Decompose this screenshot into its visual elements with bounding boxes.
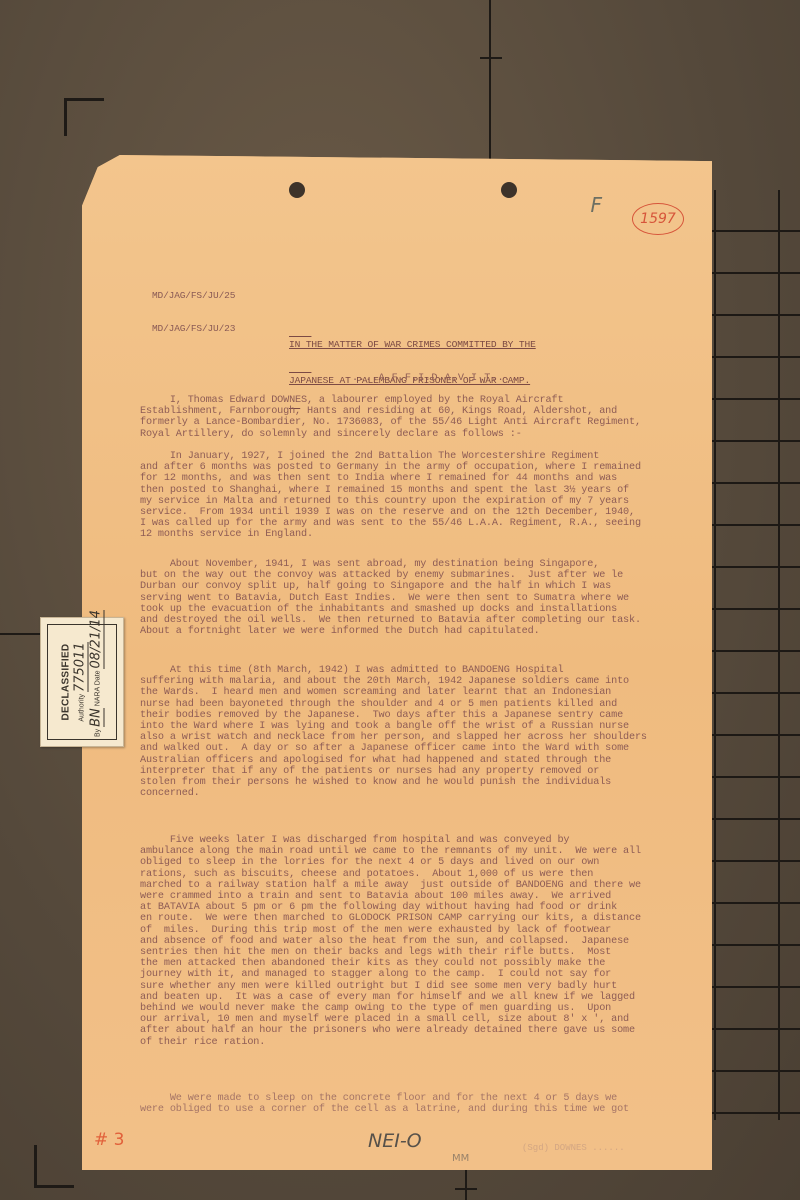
- text-line: I was called up for the army and was sen…: [140, 518, 641, 529]
- text-line: 12 months service in England.: [140, 529, 641, 540]
- text-line: obliged to sleep in the lorries for the …: [140, 857, 641, 868]
- text-line: Durban our convoy split up, half going t…: [140, 581, 641, 592]
- text-line: and beaten up. It was a case of every ma…: [140, 992, 641, 1003]
- text-line: interpreter that if any of the patients …: [140, 766, 647, 777]
- paragraph-service-history: In January, 1927, I joined the 2nd Batta…: [140, 451, 641, 541]
- text-line: after about half an hour the prisoners w…: [140, 1025, 641, 1036]
- text-line: the men attacked then abandoned their ki…: [140, 958, 641, 969]
- text-line: concerned.: [140, 788, 647, 799]
- left-guide-tick: [0, 633, 40, 635]
- handwritten-file-code: NEI-O: [368, 1130, 422, 1152]
- text-line: but on the way out the convoy was attack…: [140, 570, 641, 581]
- text-line: our arrival, 10 men and myself were plac…: [140, 1014, 641, 1025]
- guide-tick: [480, 57, 502, 59]
- paragraph-cell: We were made to sleep on the concrete fl…: [140, 1093, 629, 1115]
- text-line: took up the evacuation of the inhabitant…: [140, 604, 641, 615]
- text-line: suffering with malaria, and about the 20…: [140, 676, 647, 687]
- text-line: About November, 1941, I was sent abroad,…: [140, 559, 641, 570]
- background-grid-line: [714, 190, 716, 1120]
- faded-signature-line: (Sgd) DOWNES ......: [522, 1143, 625, 1153]
- text-line: then posted to Shanghai, where I remaine…: [140, 485, 641, 496]
- text-line: were obliged to use a corner of the cell…: [140, 1104, 629, 1115]
- declassified-stamp: DECLASSIFIED Authority 775011 By BN NARA…: [40, 617, 124, 747]
- stamp-by-label: By: [95, 729, 102, 737]
- text-line: rations, such as biscuits, cheese and po…: [140, 869, 641, 880]
- stamp-authority-row: Authority 775011: [73, 627, 88, 737]
- text-line: and destroyed the oil wells. We then ret…: [140, 615, 641, 626]
- text-line: the Wards. I heard men and women screami…: [140, 687, 647, 698]
- text-line: ambulance along the main road until we c…: [140, 846, 641, 857]
- handwritten-initials: MM: [452, 1153, 469, 1164]
- text-line: into the Ward where I was lying and took…: [140, 721, 647, 732]
- punch-hole: [289, 182, 305, 198]
- registration-corner-mark: [34, 1185, 74, 1188]
- paragraph-march: Five weeks later I was discharged from h…: [140, 835, 641, 1048]
- text-line: formerly a Lance-Bombardier, No. 1736083…: [140, 417, 641, 428]
- text-line: and after 6 months was posted to Germany…: [140, 462, 641, 473]
- stamp-authority-label: Authority: [79, 694, 86, 722]
- background-grid: [712, 190, 800, 1120]
- registration-corner-mark: [34, 1145, 37, 1187]
- text-line: At this time (8th March, 1942) I was adm…: [140, 665, 647, 676]
- reference-code: MD/JAG/FS/JU/25: [152, 290, 235, 301]
- text-line: I, Thomas Edward DOWNES, a labourer empl…: [140, 395, 641, 406]
- stamp-title: DECLASSIFIED: [61, 627, 72, 737]
- text-line: at BATAVIA about 5 pm or 6 pm the follow…: [140, 902, 641, 913]
- paragraph-hospital: At this time (8th March, 1942) I was adm…: [140, 665, 647, 799]
- center-guide-line: [489, 0, 491, 160]
- text-line: sentries then hit the men on their backs…: [140, 947, 641, 958]
- text-line: Establishment, Farnborough, Hants and re…: [140, 406, 641, 417]
- handwritten-f-mark: F: [590, 193, 602, 217]
- text-line: of their rice ration.: [140, 1037, 641, 1048]
- text-line: behind we would never make the camp owin…: [140, 1003, 641, 1014]
- punch-hole: [501, 182, 517, 198]
- center-guide-line: [465, 1168, 467, 1200]
- text-line: marched to a railway station half a mile…: [140, 880, 641, 891]
- background-grid-line: [778, 190, 780, 1120]
- text-line: stolen from their persons he wished to k…: [140, 777, 647, 788]
- paragraph-declaration: I, Thomas Edward DOWNES, a labourer empl…: [140, 395, 641, 440]
- circled-document-number: 1597: [632, 203, 684, 235]
- text-line: my service in Malta and returned to this…: [140, 496, 641, 507]
- stamp-authority-value: 775011: [73, 642, 89, 692]
- text-line: and walked out. A day or so after a Japa…: [140, 743, 647, 754]
- text-line: their bodies removed by the Japanese. Tw…: [140, 710, 647, 721]
- text-line: serving went to Batavia, Dutch East Indi…: [140, 593, 641, 604]
- reference-codes: MD/JAG/FS/JU/25 MD/JAG/FS/JU/23: [152, 268, 235, 356]
- text-line: nurse had been bayoneted through the sho…: [140, 699, 647, 710]
- text-line: Australian officers and apologised for w…: [140, 755, 647, 766]
- stamp-border: DECLASSIFIED Authority 775011 By BN NARA…: [47, 624, 117, 740]
- affidavit-title: ....A.F.F.I.D.A.V.I.T....: [352, 373, 517, 384]
- text-line: for 12 months, and was then sent to Indi…: [140, 473, 641, 484]
- text-line: were crammed into a train and sent to Ba…: [140, 891, 641, 902]
- text-line: journey with it, and managed to stagger …: [140, 969, 641, 980]
- stamp-date-value: 08/21/14: [89, 610, 105, 668]
- heading-line: IN THE MATTER OF WAR CRIMES COMMITTED BY…: [289, 339, 536, 351]
- reference-code: MD/JAG/FS/JU/23: [152, 323, 235, 334]
- text-line: Royal Artillery, do solemnly and sincere…: [140, 429, 641, 440]
- text-line: In January, 1927, I joined the 2nd Batta…: [140, 451, 641, 462]
- text-line: of miles. During this trip most of the m…: [140, 925, 641, 936]
- paragraph-voyage: About November, 1941, I was sent abroad,…: [140, 559, 641, 637]
- text-line: sure whether any men were killed outrigh…: [140, 981, 641, 992]
- stamp-by-row: By BN NARA Date 08/21/14: [89, 627, 104, 737]
- text-line: Five weeks later I was discharged from h…: [140, 835, 641, 846]
- registration-corner-mark: [64, 98, 67, 136]
- guide-tick: [455, 1188, 477, 1190]
- stamp-nara-label: NARA Date: [95, 670, 102, 706]
- text-line: About a fortnight later we were informed…: [140, 626, 641, 637]
- handwritten-page-number: # 3: [94, 1130, 124, 1150]
- stamp-by-value: BN: [89, 708, 105, 727]
- registration-corner-mark: [64, 98, 104, 101]
- affidavit-page: F 1597 MD/JAG/FS/JU/25 MD/JAG/FS/JU/23 I…: [82, 155, 712, 1170]
- text-line: We were made to sleep on the concrete fl…: [140, 1093, 629, 1104]
- text-line: service. From 1934 until 1939 I was on t…: [140, 507, 641, 518]
- text-line: en route. We were then marched to GLODOC…: [140, 913, 641, 924]
- stamp-content: DECLASSIFIED Authority 775011 By BN NARA…: [61, 627, 104, 737]
- text-line: and absence of food and water also the h…: [140, 936, 641, 947]
- text-line: also a wrist watch and necklace from her…: [140, 732, 647, 743]
